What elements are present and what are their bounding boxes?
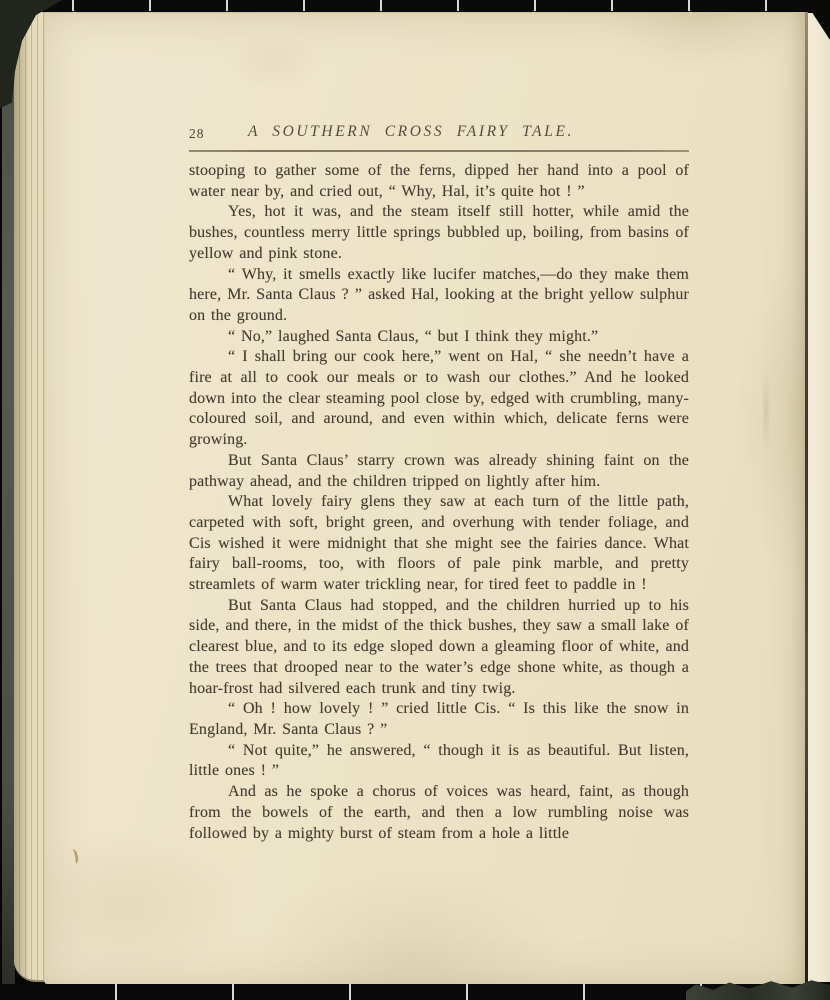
body-paragraph: “ I shall bring our cook here,” went on … [189, 347, 689, 451]
registration-tick [466, 984, 468, 1000]
registration-tick [380, 0, 382, 11]
body-paragraph: Yes, hot it was, and the steam itself st… [189, 202, 689, 264]
registration-tick [765, 0, 767, 11]
scanner-strip-top [0, 0, 830, 11]
body-paragraph: “ No,” laughed Santa Claus, “ but I thin… [189, 327, 689, 348]
body-paragraph: But Santa Claus had stopped, and the chi… [189, 596, 689, 700]
registration-tick [226, 0, 228, 11]
registration-tick [115, 984, 117, 1000]
body-text: stooping to gather some of the ferns, di… [189, 161, 689, 844]
running-title: A SOUTHERN CROSS FAIRY TALE. [248, 123, 574, 140]
registration-tick [72, 0, 74, 11]
registration-tick [583, 984, 585, 1000]
body-paragraph: stooping to gather some of the ferns, di… [189, 161, 689, 202]
registration-tick [611, 0, 613, 11]
scanned-book-page-photo: 28 A SOUTHERN CROSS FAIRY TALE. stooping… [0, 0, 830, 1000]
registration-tick [688, 0, 690, 11]
body-paragraph: “ Why, it smells exactly like lucifer ma… [189, 265, 689, 327]
page-content: 28 A SOUTHERN CROSS FAIRY TALE. stooping… [45, 13, 807, 985]
page-number: 28 [189, 126, 205, 142]
stacked-page-edges [14, 12, 46, 982]
facing-page-sliver [808, 13, 830, 982]
body-paragraph: But Santa Claus’ starry crown was alread… [189, 451, 689, 492]
body-paragraph: What lovely fairy glens they saw at each… [189, 492, 689, 596]
registration-tick [349, 984, 351, 1000]
page-gutter-line [805, 12, 808, 984]
registration-tick [149, 0, 151, 11]
running-head: 28 A SOUTHERN CROSS FAIRY TALE. [189, 123, 689, 143]
registration-tick [303, 0, 305, 11]
book-page: 28 A SOUTHERN CROSS FAIRY TALE. stooping… [44, 12, 807, 987]
body-paragraph: “ Not quite,” he answered, “ though it i… [189, 741, 689, 782]
registration-tick [457, 0, 459, 11]
registration-tick [534, 0, 536, 11]
body-paragraph: “ Oh ! how lovely ! ” cried little Cis. … [189, 699, 689, 740]
body-paragraph: And as he spoke a chorus of voices was h… [189, 782, 689, 844]
registration-tick [232, 984, 234, 1000]
paper-crease [761, 353, 771, 473]
header-rule [189, 150, 689, 152]
